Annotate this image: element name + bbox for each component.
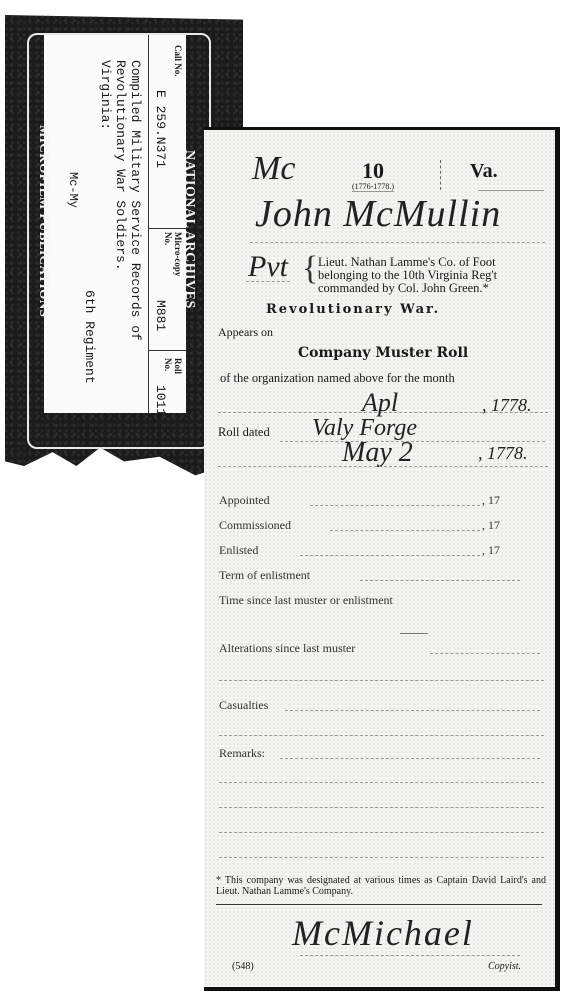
date-line [218, 466, 548, 467]
copyist-signature: McMichael [292, 912, 474, 954]
label-title-line1: Compiled Military Service Records of [128, 60, 143, 341]
organization-text: of the organization named above for the … [220, 371, 455, 386]
roll-dated-year: , 1778. [478, 443, 528, 464]
microcopy-label: Micro-copy No. [163, 232, 183, 282]
field-appointed: Appointed [219, 493, 270, 508]
surname-prefix: Mc [252, 150, 295, 188]
label-title-line2: Revolutionary War Soldiers. [113, 60, 128, 271]
remarks-label: Remarks: [219, 746, 265, 761]
rank: Pvt [248, 250, 288, 284]
footnote: * This company was designated at various… [216, 875, 546, 897]
remarks-line [219, 782, 544, 783]
label-range: Mc-My [66, 172, 80, 208]
state: Va. [470, 160, 498, 183]
regiment-number: 10 [362, 158, 384, 184]
roll-value: 1011 [153, 385, 168, 416]
copyist-label: Copyist. [488, 961, 521, 972]
casualties-label: Casualties [219, 698, 268, 713]
signature-line [300, 955, 520, 956]
call-no-value: E 259.N371 [153, 90, 168, 168]
label-divider [148, 228, 186, 229]
alterations-label: Alterations since last muster [219, 641, 355, 656]
remarks-line [219, 857, 544, 858]
roll-dated-label: Roll dated [218, 425, 270, 440]
label-title-line3: Virginia: [98, 60, 113, 130]
roll-dated-date: May 2 [342, 437, 413, 469]
header-divider [440, 160, 441, 190]
roll-label: Roll No. [163, 358, 183, 388]
call-no-label: Call No. [173, 45, 183, 85]
state-underline [478, 190, 544, 191]
field-enlisted: Enlisted [219, 543, 258, 558]
field-line [300, 555, 480, 556]
label-regiment: 6th Regiment [82, 290, 97, 384]
month-value: Apl [362, 388, 398, 418]
soldier-name: John McMullin [255, 192, 501, 236]
field-year-suffix: , 17 [482, 543, 500, 558]
field-line [285, 710, 540, 711]
field-commissioned: Commissioned [219, 518, 291, 533]
microcopy-value: M881 [153, 300, 168, 331]
name-line [250, 242, 545, 243]
month-year: , 1778. [482, 395, 532, 416]
field-line [310, 505, 480, 506]
form-number: (548) [232, 961, 254, 972]
field-line [330, 530, 480, 531]
field-time-since: Time since last muster or enlistment [219, 593, 393, 608]
unit-description: Lieut. Nathan Lamme's Co. of Foot belong… [318, 256, 497, 295]
footnote-rule [216, 904, 542, 905]
section-rule [400, 633, 428, 634]
field-line [360, 580, 520, 581]
field-line [219, 680, 544, 681]
field-year-suffix: , 17 [482, 518, 500, 533]
remarks-line [280, 758, 540, 759]
war-heading: Revolutionary War. [266, 302, 440, 317]
roll-type: Company Muster Roll [298, 345, 468, 361]
remarks-line [219, 832, 544, 833]
unit-brace: { [302, 252, 318, 286]
field-line [430, 653, 540, 654]
label-footer: MICROFILM PUBLICATIONS [36, 125, 52, 317]
field-term: Term of enlistment [219, 568, 310, 583]
remarks-line [219, 807, 544, 808]
rank-line [246, 281, 290, 282]
unit-line-3: commanded by Col. John Green.* [318, 282, 497, 295]
label-divider [148, 350, 186, 351]
field-year-suffix: , 17 [482, 493, 500, 508]
field-line [219, 735, 544, 736]
appears-on: Appears on [218, 325, 273, 340]
years: (1776-1778.) [352, 182, 394, 192]
